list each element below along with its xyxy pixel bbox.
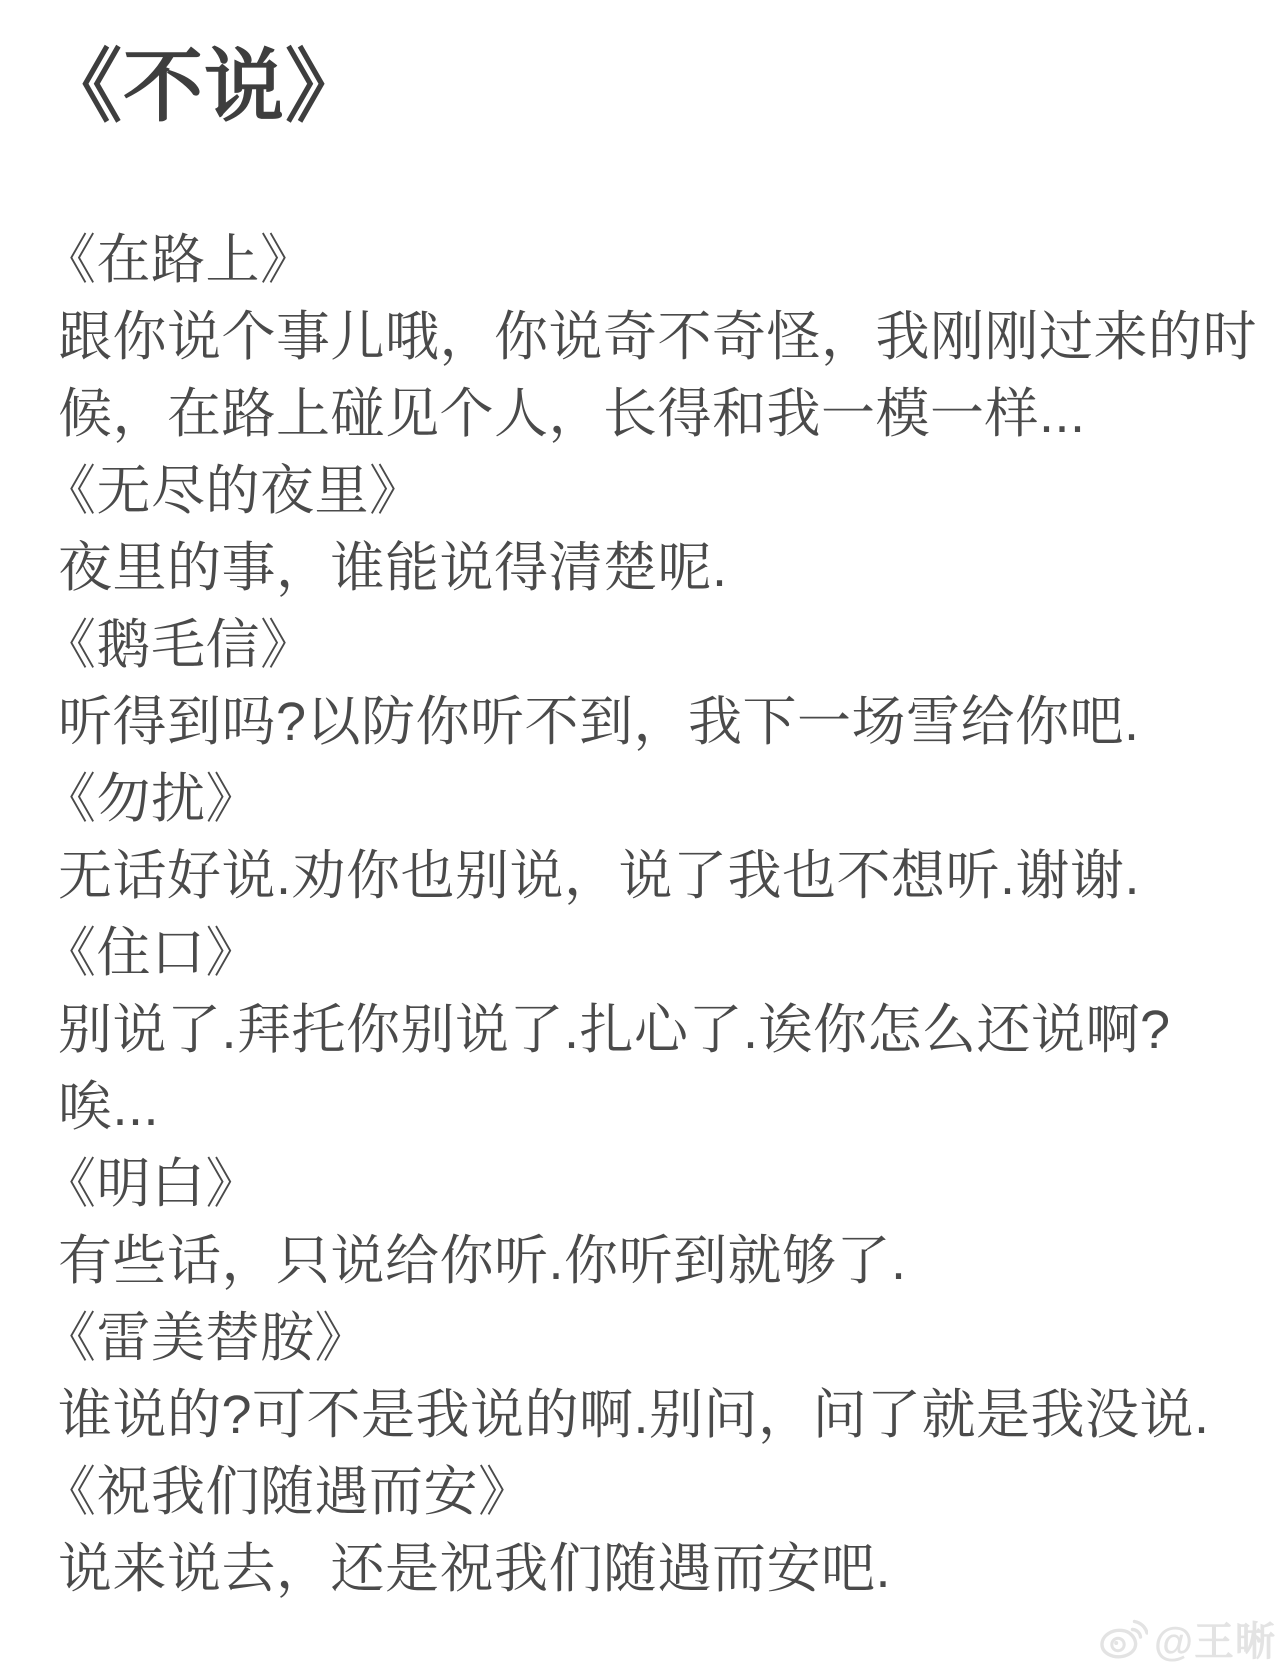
section-heading: 《无尽的夜里》 xyxy=(42,453,1248,530)
section-line: 唉... xyxy=(42,1069,1248,1146)
weibo-icon xyxy=(1096,1616,1148,1662)
section: 《无尽的夜里》 夜里的事，谁能说得清楚呢. xyxy=(42,453,1248,607)
section-heading: 《勿扰》 xyxy=(42,761,1248,838)
section: 《在路上》 跟你说个事儿哦，你说奇不奇怪，我刚刚过来的时 候，在路上碰见个人，长… xyxy=(42,222,1248,453)
section-line: 跟你说个事儿哦，你说奇不奇怪，我刚刚过来的时 xyxy=(42,299,1248,376)
section-line: 别说了.拜托你别说了.扎心了.诶你怎么还说啊? xyxy=(42,992,1248,1069)
section: 《住口》 别说了.拜托你别说了.扎心了.诶你怎么还说啊? 唉... xyxy=(42,915,1248,1146)
section: 《祝我们随遇而安》 说来说去，还是祝我们随遇而安吧. xyxy=(42,1454,1248,1608)
screenshot-page: 《不说》 《在路上》 跟你说个事儿哦，你说奇不奇怪，我刚刚过来的时 候，在路上碰… xyxy=(0,0,1284,1675)
section: 《明白》 有些话，只说给你听.你听到就够了. xyxy=(42,1146,1248,1300)
section: 《勿扰》 无话好说.劝你也别说，说了我也不想听.谢谢. xyxy=(42,761,1248,915)
document: 《不说》 《在路上》 跟你说个事儿哦，你说奇不奇怪，我刚刚过来的时 候，在路上碰… xyxy=(0,0,1284,1608)
document-body: 《在路上》 跟你说个事儿哦，你说奇不奇怪，我刚刚过来的时 候，在路上碰见个人，长… xyxy=(42,222,1248,1608)
section-line: 说来说去，还是祝我们随遇而安吧. xyxy=(42,1531,1248,1608)
section-line: 候，在路上碰见个人，长得和我一模一样... xyxy=(42,376,1248,453)
section-heading: 《鹅毛信》 xyxy=(42,607,1248,684)
weibo-watermark: @王晰 xyxy=(1096,1610,1276,1667)
section-heading: 《在路上》 xyxy=(42,222,1248,299)
page-title: 《不说》 xyxy=(42,34,1248,140)
section-line: 夜里的事，谁能说得清楚呢. xyxy=(42,530,1248,607)
section-line: 谁说的?可不是我说的啊.别问，问了就是我没说. xyxy=(42,1377,1248,1454)
section-heading: 《雷美替胺》 xyxy=(42,1300,1248,1377)
section-heading: 《明白》 xyxy=(42,1146,1248,1223)
section-line: 有些话，只说给你听.你听到就够了. xyxy=(42,1223,1248,1300)
section-line: 听得到吗?以防你听不到，我下一场雪给你吧. xyxy=(42,684,1248,761)
section: 《鹅毛信》 听得到吗?以防你听不到，我下一场雪给你吧. xyxy=(42,607,1248,761)
watermark-handle: @王晰 xyxy=(1154,1610,1276,1667)
section-heading: 《住口》 xyxy=(42,915,1248,992)
section-heading: 《祝我们随遇而安》 xyxy=(42,1454,1248,1531)
section: 《雷美替胺》 谁说的?可不是我说的啊.别问，问了就是我没说. xyxy=(42,1300,1248,1454)
section-line: 无话好说.劝你也别说，说了我也不想听.谢谢. xyxy=(42,838,1248,915)
